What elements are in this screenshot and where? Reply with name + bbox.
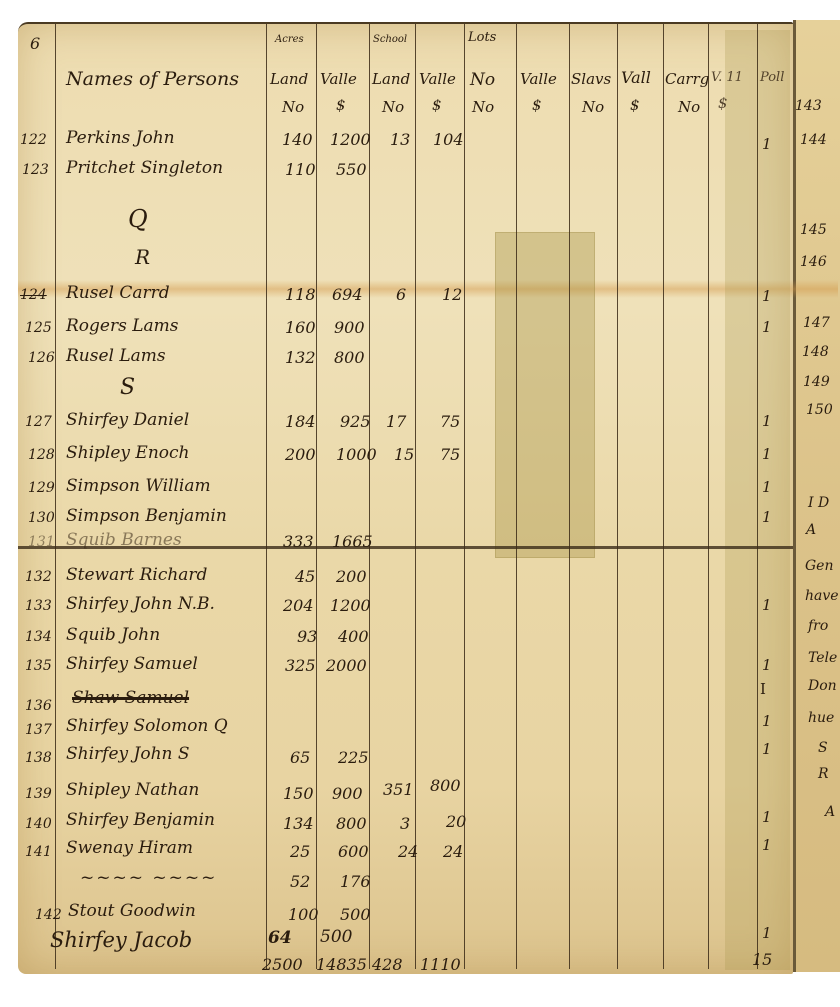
next-page-text: I D [808,495,829,511]
total-school-land: 428 [372,955,403,974]
row-number: 141 [25,844,52,860]
column-rule [569,24,570,969]
row-name: Simpson William [66,476,211,496]
header-slaves: Slavs [571,70,611,88]
row-name-squiggle: ~~~~ ~~~~ [80,868,217,888]
column-rule [369,24,370,969]
row-value: 600 [338,842,369,861]
row-poll-tally: 1 [762,287,772,305]
next-row-number: 143 [795,98,822,114]
row-land: 65 [290,748,310,767]
row-land: 132 [285,348,316,367]
row-value: 550 [336,160,367,179]
next-page-text: S [818,740,828,756]
header-value: Valle [320,70,357,88]
row-name: Shirfey Daniel [66,410,189,430]
row-name: Squib John [66,625,160,645]
row-poll-tally: I [760,680,766,698]
row-poll-tally: 1 [762,596,772,614]
row-number: 134 [25,629,52,645]
row-land: 52 [290,872,310,891]
row-poll-tally: 1 [762,412,772,430]
row-number: 137 [25,722,52,738]
row-name: Shirfey John N.B. [66,594,215,614]
next-page-text: A [825,804,835,820]
page-number: 6 [30,34,40,53]
row-school-land: 3 [400,814,410,833]
row-land: 160 [285,318,316,337]
row-value: 500 [320,927,352,947]
row-school-land: 17 [386,412,406,431]
header-value-sub: $ [336,96,346,114]
column-rule [757,24,758,969]
repair-tape-middle [495,232,595,558]
row-name: Stout Goodwin [68,901,196,921]
row-name: Shirfey Solomon Q [66,716,228,736]
column-rule [617,24,618,969]
row-name: Shirfey John S [66,744,190,764]
row-land: 64 [268,928,292,948]
row-school-land: 24 [398,842,418,861]
header-slaves-value: Vall [621,68,651,87]
row-value: 176 [340,872,371,891]
row-school-land: 351 [383,780,414,799]
next-row-number: 150 [806,402,833,418]
section-letter-s: S [120,375,135,400]
row-value: 225 [338,748,369,767]
row-land: 110 [285,160,316,179]
row-poll-tally: 1 [762,836,772,854]
row-number: 130 [28,510,55,526]
column-rule [266,24,267,969]
row-value: 200 [336,567,367,586]
row-number: 133 [25,598,52,614]
next-page-text: Gen [805,558,834,574]
section-letter-r: R [135,245,150,269]
row-value: 1200 [330,596,371,615]
column-rule [55,24,56,969]
row-name: Simpson Benjamin [66,506,227,526]
row-land: 134 [283,814,314,833]
row-school-value: 800 [430,776,461,795]
column-rule [316,24,317,969]
row-poll-tally: 1 [762,445,772,463]
next-row-number: 144 [800,132,827,148]
header-group-lots: Lots [468,30,496,45]
row-name: Squib Barnes [66,530,182,550]
row-number: 131 [28,534,55,550]
row-land: 200 [285,445,316,464]
row-land: 184 [285,412,316,431]
header-slaves-sub: No [582,98,604,116]
row-value: 900 [332,784,363,803]
row-school-land: 6 [396,285,406,304]
row-land: 93 [297,627,317,646]
row-school-value: 75 [440,445,460,464]
row-name: Shirfey Benjamin [66,810,215,830]
row-number: 136 [25,698,52,714]
row-number: 123 [22,162,49,178]
row-poll-tally: 1 [762,508,772,526]
header-lots-no: No [470,70,495,90]
header-poll: Poll [760,70,784,85]
row-number: 125 [25,320,52,336]
row-number: 124 [20,287,47,303]
row-name: Shipley Enoch [66,443,189,463]
row-land: 204 [283,596,314,615]
row-poll-tally: 1 [762,478,772,496]
row-number: 129 [28,480,55,496]
next-page-text: Don [808,678,837,694]
row-school-land: 15 [394,445,414,464]
row-land: 150 [283,784,314,803]
column-rule [415,24,416,969]
row-poll-tally: 1 [762,740,772,758]
row-land: 140 [282,130,313,149]
header-group-school: School [373,34,407,45]
total-poll: 15 [752,950,772,969]
row-value: 800 [336,814,367,833]
row-number: 139 [25,786,52,802]
row-value: 800 [334,348,365,367]
row-number: 122 [20,132,47,148]
column-rule [516,24,517,969]
row-name: Swenay Hiram [66,838,193,858]
header-lots-no-sub: No [472,98,494,116]
row-number: 127 [25,414,52,430]
header-carriages-value-sub: $ [718,94,728,112]
header-carriages: Carrg [665,70,709,88]
row-value: 1000 [336,445,377,464]
row-number: 140 [25,816,52,832]
row-name: Perkins John [66,128,175,148]
next-row-number: 149 [803,374,830,390]
row-number: 138 [25,750,52,766]
next-row-number: 146 [800,254,827,270]
total-value: 14835 [316,955,367,974]
row-name-struck: Shaw Samuel [72,688,189,708]
header-school-land: Land [372,70,410,88]
row-value: 1665 [332,532,373,551]
row-poll-tally: 1 [762,712,772,730]
row-name: Rusel Carrd [66,283,170,303]
row-school-value: 20 [446,812,466,831]
row-value: 400 [338,627,369,646]
header-slaves-value-sub: $ [630,96,640,114]
next-page-text: have [805,588,839,604]
next-page-text: R [818,766,829,782]
next-page-text: hue [808,710,834,726]
row-land: 333 [283,532,314,551]
row-name: Shirfey Jacob [50,928,192,952]
row-poll-tally: 1 [762,808,772,826]
header-land-no: Land [270,70,308,88]
header-lots-value: Valle [520,70,557,88]
next-page-text: A [806,522,816,538]
row-school-value: 104 [433,130,464,149]
row-number: 135 [25,658,52,674]
total-land: 2500 [262,955,303,974]
header-names-of-persons: Names of Persons [66,68,239,90]
header-carriages-value: V. 11 [711,70,743,85]
row-value: 2000 [326,656,367,675]
row-land: 25 [290,842,310,861]
next-page-text: Tele [808,650,837,666]
next-page-text: fro [808,618,828,634]
row-number: 128 [28,447,55,463]
row-name: Rusel Lams [66,346,166,366]
row-land: 100 [288,905,319,924]
row-land: 118 [285,285,316,304]
section-letter-q: Q [128,205,148,233]
row-name: Shipley Nathan [66,780,199,800]
next-row-number: 147 [803,315,830,331]
header-group-acres: Acres [275,34,304,45]
row-number: 132 [25,569,52,585]
row-name: Stewart Richard [66,565,207,585]
row-value: 925 [340,412,371,431]
row-poll-tally: 1 [762,318,772,336]
row-value: 694 [332,285,363,304]
row-school-value: 75 [440,412,460,431]
row-land: 45 [295,567,315,586]
row-poll-tally: 1 [762,924,772,942]
row-school-land: 13 [390,130,410,149]
row-value: 1200 [330,130,371,149]
row-number: 126 [28,350,55,366]
row-value: 500 [340,905,371,924]
header-carriages-sub: No [678,98,700,116]
header-land-no-sub: No [282,98,304,116]
header-lots-value-sub: $ [532,96,542,114]
row-poll-tally: 1 [762,135,772,153]
row-land: 325 [285,656,316,675]
column-rule [708,24,709,969]
row-school-value: 12 [442,285,462,304]
next-row-number: 145 [800,222,827,238]
total-school-value: 1110 [420,955,461,974]
next-row-number: 148 [802,344,829,360]
column-rule [663,24,664,969]
row-name: Rogers Lams [66,316,179,336]
row-name: Pritchet Singleton [66,158,223,178]
row-school-value: 24 [443,842,463,861]
row-name: Shirfey Samuel [66,654,198,674]
header-school-land-sub: No [382,98,404,116]
header-school-value: Valle [419,70,456,88]
row-poll-tally: 1 [762,656,772,674]
row-value: 900 [334,318,365,337]
header-school-value-sub: $ [432,96,442,114]
row-number: 142 [35,907,62,923]
